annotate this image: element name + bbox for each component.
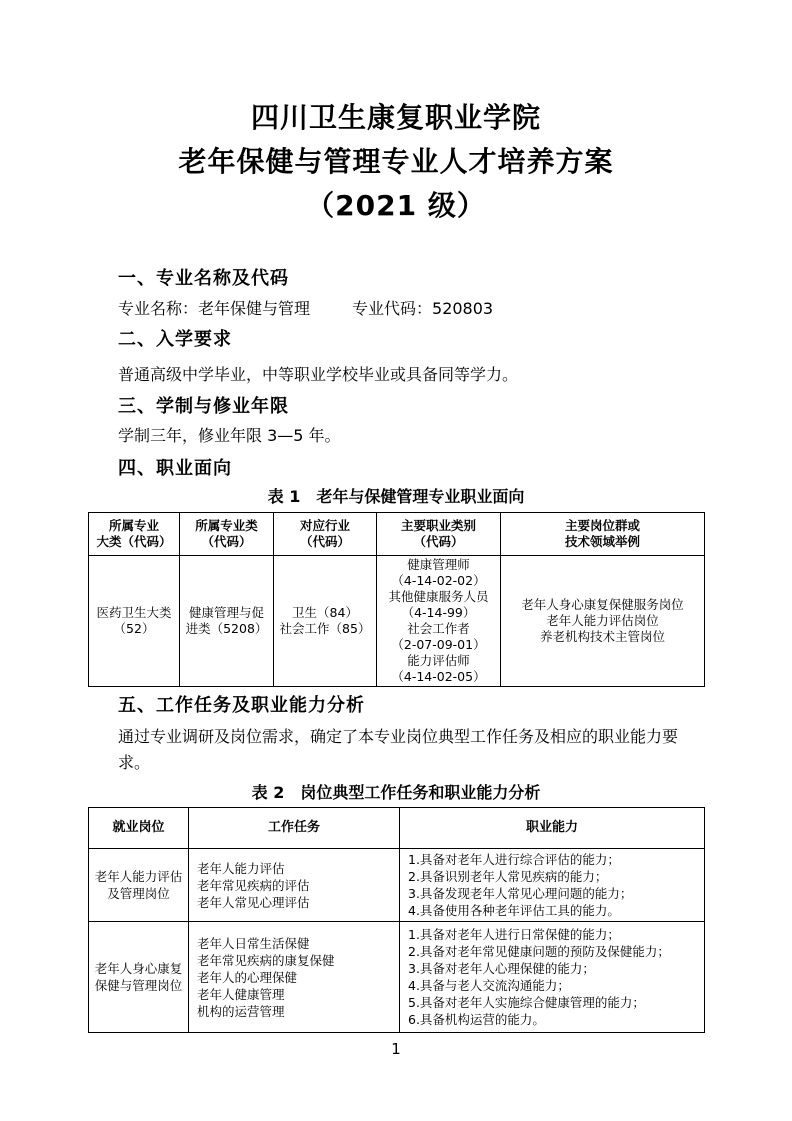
table1-data-row: 医药卫生大类 （52） 健康管理与促 进类（5208） 卫生（84） 社会工作（… bbox=[89, 556, 705, 687]
table1-cell-industry: 卫生（84） 社会工作（85） bbox=[274, 556, 377, 687]
table1-cell-major-category: 医药卫生大类 （52） bbox=[89, 556, 180, 687]
table2-cell-abilities-1: 1.具备对老年人进行综合评估的能力； 2.具备识别老年人常见疾病的能力； 3.具… bbox=[400, 849, 705, 922]
table2-cell-tasks-1: 老年人能力评估 老年常见疾病的评估 老年人常见心理评估 bbox=[189, 849, 400, 922]
specialty-code: 专业代码：520803 bbox=[352, 299, 493, 318]
page-number: 1 bbox=[0, 1040, 792, 1058]
table2-row-assessment-post: 老年人能力评估 及管理岗位 老年人能力评估 老年常见疾病的评估 老年人常见心理评… bbox=[89, 849, 705, 922]
document-title: 四川卫生康复职业学院 老年保健与管理专业人才培养方案 （2021 级） bbox=[0, 0, 792, 228]
table2-header-abilities: 职业能力 bbox=[400, 808, 705, 849]
table2-cell-tasks-2: 老年人日常生活保健 老年常见疾病的康复保健 老年人的心理保健 老年人健康管理 机… bbox=[189, 922, 400, 1033]
table1-header-major-category: 所属专业 大类（代码） bbox=[89, 513, 180, 556]
table1-caption: 表 1 老年与保健管理专业职业面向 bbox=[88, 486, 704, 508]
section-5-heading: 五、工作任务及职业能力分析 bbox=[88, 693, 704, 719]
section-1-body: 专业名称：老年保健与管理专业代码：520803 bbox=[88, 296, 704, 322]
section-5-body: 通过专业调研及岗位需求，确定了本专业岗位典型工作任务及相应的职业能力要求。 bbox=[88, 724, 704, 776]
table2-cell-post-2: 老年人身心康复 保健与管理岗位 bbox=[89, 922, 189, 1033]
table2-caption: 表 2 岗位典型工作任务和职业能力分析 bbox=[88, 782, 704, 804]
table1-cell-major-class: 健康管理与促 进类（5208） bbox=[180, 556, 274, 687]
table2-cell-post-1: 老年人能力评估 及管理岗位 bbox=[89, 849, 189, 922]
table1-header-post-examples: 主要岗位群或 技术领域举例 bbox=[501, 513, 705, 556]
table2-header-row: 就业岗位 工作任务 职业能力 bbox=[89, 808, 705, 849]
table2-cell-abilities-2: 1.具备对老年人进行日常保健的能力； 2.具备对老年常见健康问题的预防及保健能力… bbox=[400, 922, 705, 1033]
document-page: 四川卫生康复职业学院 老年保健与管理专业人才培养方案 （2021 级） 一、专业… bbox=[0, 0, 792, 1121]
table2-header-tasks: 工作任务 bbox=[189, 808, 400, 849]
specialty-name: 专业名称：老年保健与管理 bbox=[118, 299, 310, 318]
table1-header-industry: 对应行业 （代码） bbox=[274, 513, 377, 556]
table1-header-row: 所属专业 大类（代码） 所属专业类 （代码） 对应行业 （代码） 主要职业类别 … bbox=[89, 513, 705, 556]
table1-header-occupation-type: 主要职业类别 （代码） bbox=[377, 513, 501, 556]
section-3-body: 学制三年，修业年限 3—5 年。 bbox=[88, 423, 704, 449]
table1-occupation-orientation: 所属专业 大类（代码） 所属专业类 （代码） 对应行业 （代码） 主要职业类别 … bbox=[88, 512, 705, 687]
page-title-line3: （2021 级） bbox=[0, 184, 792, 228]
section-1-heading: 一、专业名称及代码 bbox=[88, 266, 704, 292]
page-title-line2: 老年保健与管理专业人才培养方案 bbox=[0, 140, 792, 184]
table2-header-post: 就业岗位 bbox=[89, 808, 189, 849]
document-content: 一、专业名称及代码 专业名称：老年保健与管理专业代码：520803 二、入学要求… bbox=[88, 266, 704, 1033]
section-4-heading: 四、职业面向 bbox=[88, 456, 704, 482]
table1-cell-occupation-type: 健康管理师 （4-14-02-02） 其他健康服务人员 （4-14-99） 社会… bbox=[377, 556, 501, 687]
table2-row-rehab-post: 老年人身心康复 保健与管理岗位 老年人日常生活保健 老年常见疾病的康复保健 老年… bbox=[89, 922, 705, 1033]
table1-header-major-class: 所属专业类 （代码） bbox=[180, 513, 274, 556]
table1-cell-post-examples: 老年人身心康复保健服务岗位 老年人能力评估岗位 养老机构技术主管岗位 bbox=[501, 556, 705, 687]
table2-task-ability-analysis: 就业岗位 工作任务 职业能力 老年人能力评估 及管理岗位 老年人能力评估 老年常… bbox=[88, 807, 705, 1033]
section-2-body: 普通高级中学毕业，中等职业学校毕业或具备同等学力。 bbox=[88, 362, 704, 388]
page-title-line1: 四川卫生康复职业学院 bbox=[0, 96, 792, 140]
section-3-heading: 三、学制与修业年限 bbox=[88, 394, 704, 420]
section-2-heading: 二、入学要求 bbox=[88, 327, 704, 353]
